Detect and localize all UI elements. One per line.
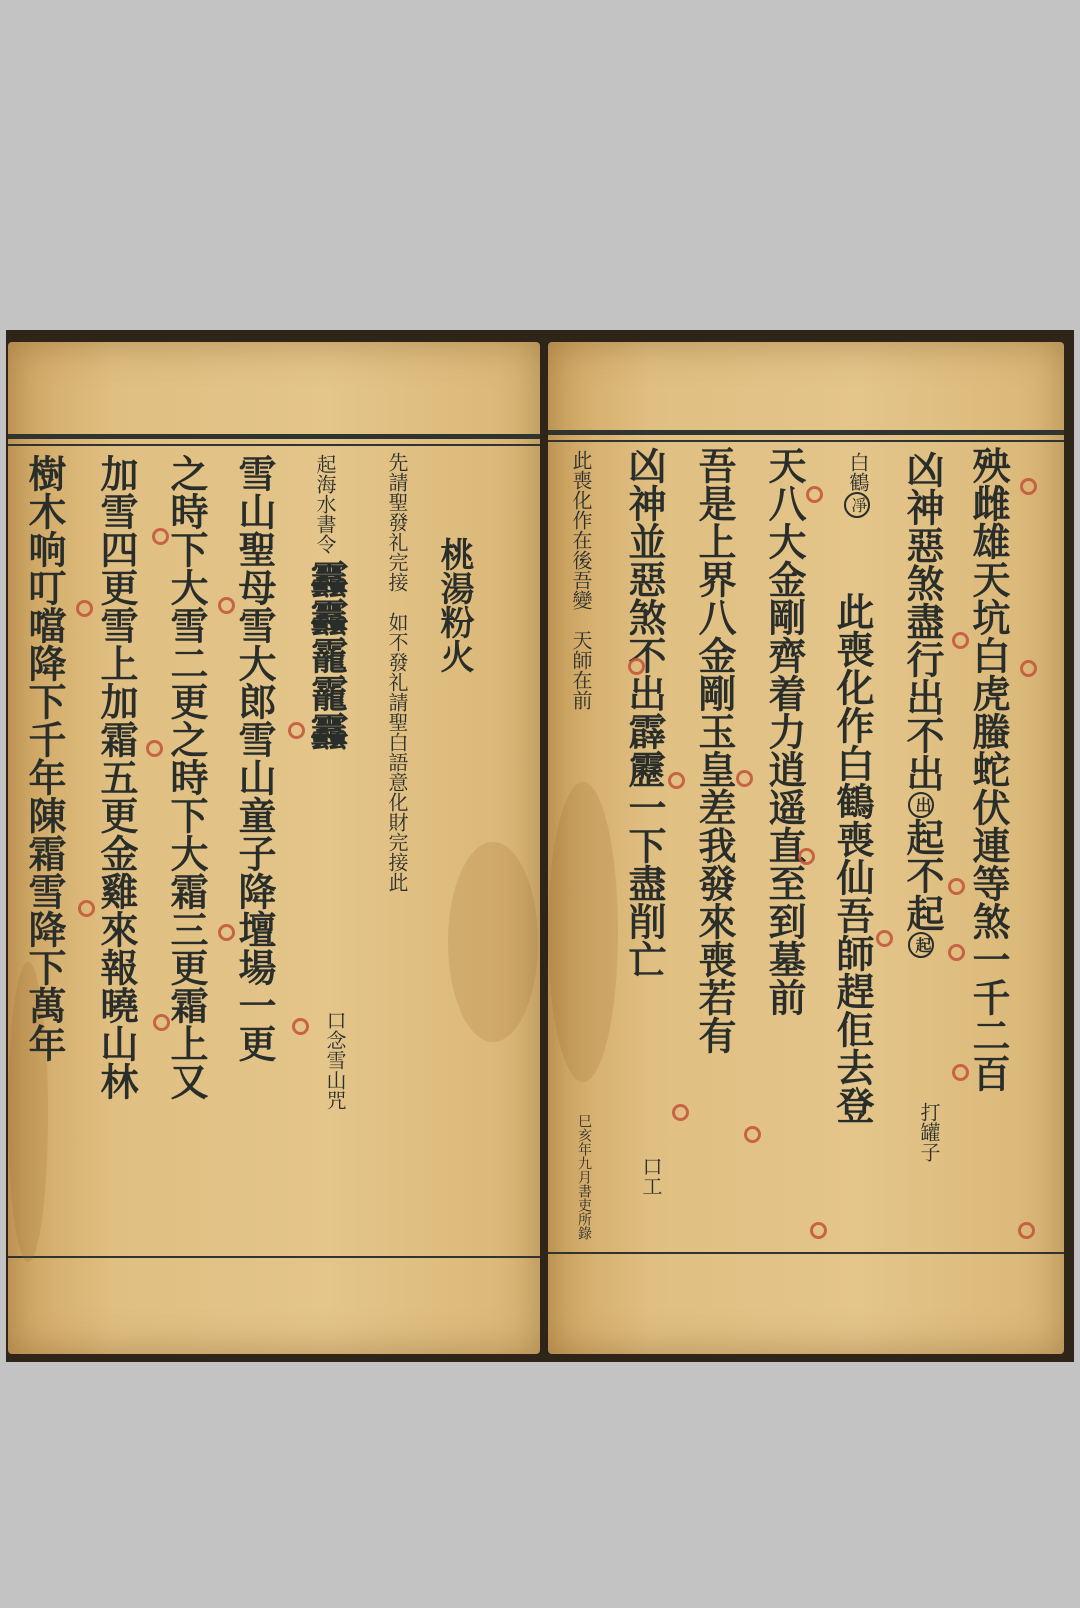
circled-annotation: 出 [908, 792, 934, 818]
text-column: 凶神並惡煞不出霹靂一下盡削亡 [624, 446, 664, 978]
text-column: 樹木响叮噹降下千年陳霜雪降下萬年 [24, 454, 64, 1062]
top-inner-rule [548, 440, 1064, 442]
talisman-characters: 䨺䨺靇靇䨺 [306, 560, 346, 750]
top-border-rule [548, 430, 1064, 435]
text-column: 雪山聖母雪大郎雪山童子降壇場一更 [234, 454, 274, 1062]
rubric-column: 先請聖發礼完接 如不發礼請聖白語意化財完接此 [386, 452, 408, 892]
circled-annotation: 凈 [844, 492, 870, 518]
bottom-border-rule [8, 1256, 540, 1258]
small-column: 此喪化作在後吾變 天師在前 [570, 450, 592, 710]
marginal-note: 打罐子 [918, 1102, 940, 1162]
bottom-border-rule [548, 1252, 1064, 1254]
text-column: 之時下大雪二更之時下大霜三更霜上又 [166, 454, 206, 1100]
circled-annotation: 起 [908, 932, 934, 958]
book-scan: 桃湯粉火 先請聖發礼完接 如不發礼請聖白語意化財完接此 起海水書令 䨺䨺靇靇䨺 … [6, 330, 1074, 1362]
top-inner-rule [8, 444, 540, 446]
text-column: 加雪四更雪上加霜五更金雞來報曉山林 [96, 454, 136, 1100]
colophon: 巳亥年九月書吏所錄 [576, 1114, 592, 1240]
chant-note: 口念雪山咒 [324, 1010, 346, 1110]
text-column: 吾是上界八金剛玉皇差我發來喪若有 [694, 446, 734, 1054]
left-page: 桃湯粉火 先請聖發礼完接 如不發礼請聖白語意化財完接此 起海水書令 䨺䨺靇靇䨺 … [8, 342, 540, 1354]
small-column: 白鶴凈 [844, 452, 870, 518]
marginal-note: 口工 [640, 1156, 662, 1196]
top-border-rule [8, 434, 540, 439]
text-column: 天八大金剛齊着力逍遥直至到墓前 [764, 446, 804, 1016]
text-column: 殃雌雄天坑白虎螣蛇伏連等煞一千二百 [968, 446, 1008, 1092]
text-column: 此喪化作白鶴喪仙吾師趕佢去登 [832, 592, 872, 1124]
text-column: 凶神惡煞盡行出不出出起不起起 [902, 450, 942, 958]
rubric-column: 起海水書令 [314, 454, 336, 554]
right-page: 殃雌雄天坑白虎螣蛇伏連等煞一千二百 凶神惡煞盡行出不出出起不起起 打罐子 白鶴凈… [548, 342, 1064, 1354]
section-title: 桃湯粉火 [436, 537, 472, 673]
